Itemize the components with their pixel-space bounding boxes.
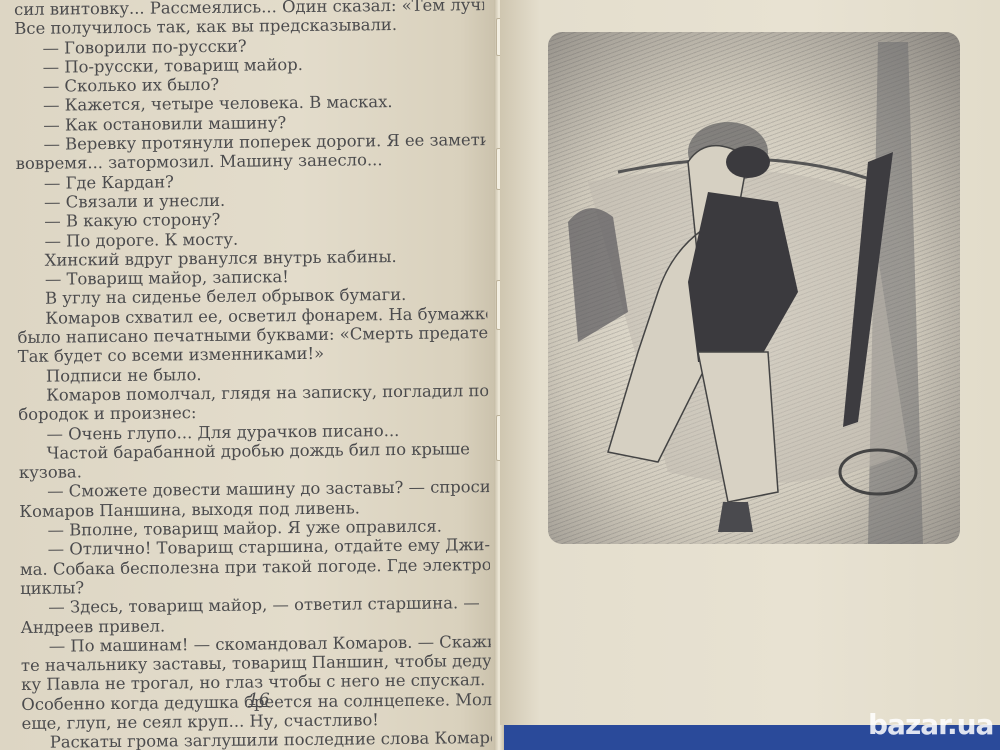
text-line: Раскаты грома заглушили последние слова … <box>22 728 492 750</box>
open-book: сил винтовку... Рассмеялись... Один сказ… <box>0 0 1000 735</box>
left-page: сил винтовку... Рассмеялись... Один сказ… <box>0 0 500 750</box>
page-number: 16 <box>248 690 270 710</box>
watermark: bazar.ua <box>868 708 993 741</box>
illustration <box>548 32 960 544</box>
text-block: сил винтовку... Рассмеялись... Один сказ… <box>14 0 492 750</box>
illustration-engraving-icon <box>548 32 960 544</box>
